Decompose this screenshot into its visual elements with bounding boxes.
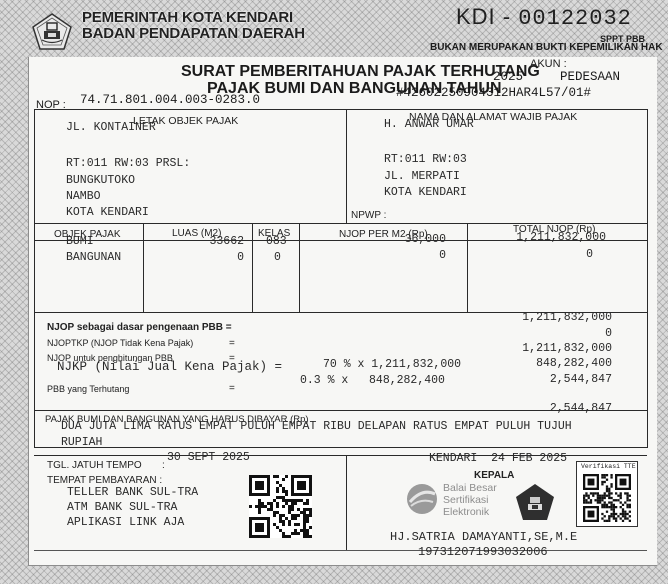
- bsre-text: Elektronik: [443, 506, 489, 518]
- object-address-line: RT:011 RW:03 PRSL:: [66, 157, 190, 170]
- object-address-line: KOTA KENDARI: [66, 206, 149, 219]
- row-luas: 0: [150, 251, 244, 264]
- org-name-line1: PEMERINTAH KOTA KENDARI: [82, 9, 293, 26]
- kendari-city-emblem-icon: [30, 12, 74, 52]
- npwp-label: NPWP :: [351, 210, 386, 221]
- document-prefix: KDI -: [456, 4, 518, 29]
- row-kelas: 0: [274, 251, 281, 264]
- pbb-owed-label: PBB yang Terhutang: [47, 384, 129, 394]
- col-divider: [252, 223, 253, 312]
- equals-sign: =: [229, 338, 235, 349]
- taxpayer-address-line: JL. MERPATI: [384, 170, 460, 183]
- row-njop-per-m2: 36,000: [300, 233, 446, 246]
- payment-place-item: TELLER BANK SUL-TRA: [67, 486, 198, 499]
- due-date-value: 30 SEPT 2025: [167, 451, 250, 464]
- due-date-label: TGL. JATUH TEMPO: [47, 460, 142, 471]
- akun-value: PEDESAAN: [560, 70, 620, 84]
- pbb-owed-value: 2,544,847: [470, 373, 612, 386]
- row-luas: 33662: [150, 235, 244, 248]
- akun-label: AKUN :: [530, 58, 567, 70]
- due-date-colon: :: [162, 460, 165, 471]
- njop-basis-label: NJOP sebagai dasar pengenaan PBB =: [47, 322, 232, 333]
- ownership-disclaimer: BUKAN MERUPAKAN BUKTI KEPEMILIKAN HAK: [430, 42, 663, 53]
- row-total-njop: 0: [470, 248, 593, 261]
- equals-sign: =: [229, 383, 235, 394]
- document-serial: 00122032: [518, 6, 632, 31]
- form-bottom-rule: [34, 550, 647, 551]
- payable-in-words: DUA JUTA LIMA RATUS EMPAT PULUH EMPAT RI…: [61, 420, 572, 433]
- payment-place-item: ATM BANK SUL-TRA: [67, 501, 177, 514]
- taxpayer-name: H. ANWAR UMAR: [384, 118, 474, 131]
- object-address-line: NAMBO: [66, 190, 101, 203]
- reference-code: #42602250904312HAR4L57/01#: [396, 86, 591, 100]
- col-divider: [467, 223, 468, 312]
- bottom-divider: [346, 455, 347, 550]
- payment-qr-code-icon[interactable]: [249, 475, 312, 538]
- njkp-formula: 70 % x 1,211,832,000: [323, 358, 461, 371]
- row-total-njop: 1,211,832,000: [470, 231, 606, 244]
- kendari-seal-icon: [515, 483, 555, 526]
- signatory-name: HJ.SATRIA DAMAYANTI,SE,M.E: [390, 530, 577, 544]
- row-objek: BUMI: [66, 235, 94, 248]
- org-name-line2: BADAN PENDAPATAN DAERAH: [82, 25, 305, 42]
- payment-place-label: TEMPAT PEMBAYARAN :: [47, 475, 162, 486]
- payment-place-item: APLIKASI LINK AJA: [67, 516, 184, 529]
- pbb-formula: 0.3 % x 848,282,400: [300, 374, 445, 387]
- object-address-line: JL. KONTAINER: [66, 121, 156, 134]
- bsre-text: Balai Besar: [443, 482, 497, 494]
- payable-in-words-cont: RUPIAH: [61, 436, 102, 449]
- document-number: KDI - 00122032: [456, 4, 632, 31]
- bsre-logo-icon: [405, 482, 439, 521]
- njkp-value: 848,282,400: [470, 357, 612, 370]
- njop-basis-value: 1,211,832,000: [470, 311, 612, 324]
- verification-qr-code-icon: [583, 474, 631, 522]
- taxpayer-address-line: RT:011 RW:03: [384, 153, 467, 166]
- signatory-position: KEPALA: [474, 470, 514, 481]
- row-objek: BANGUNAN: [66, 251, 121, 264]
- signatory-nip: 197312071993032006: [418, 545, 548, 559]
- address-divider: [346, 109, 347, 223]
- object-address-line: BUNGKUTOKO: [66, 174, 135, 187]
- bsre-text: Sertifikasi: [443, 494, 489, 506]
- tte-verification-qr[interactable]: Verifikasi TTE: [576, 461, 638, 527]
- njoptkp-value: 0: [470, 327, 612, 340]
- tax-year: 2025: [493, 70, 523, 84]
- njop-calc-value: 1,211,832,000: [470, 342, 612, 355]
- njoptkp-label: NJOPTKP (NJOP Tidak Kena Pajak): [47, 338, 193, 348]
- col-divider: [143, 223, 144, 312]
- row-njop-per-m2: 0: [300, 249, 446, 262]
- form-title: SURAT PEMBERITAHUAN PAJAK TERHUTANG: [181, 63, 540, 81]
- taxpayer-address-line: KOTA KENDARI: [384, 186, 467, 199]
- nop-value: 74.71.801.004.003-0283.0: [80, 93, 260, 107]
- njkp-label: NJKP (Nilai Jual Kena Pajak) =: [57, 360, 282, 374]
- signature-place-date: KENDARI 24 FEB 2025: [429, 452, 567, 465]
- row-kelas: 083: [266, 235, 287, 248]
- verify-label: Verifikasi TTE: [581, 463, 636, 470]
- payable-amount: 2,544,847: [470, 402, 612, 415]
